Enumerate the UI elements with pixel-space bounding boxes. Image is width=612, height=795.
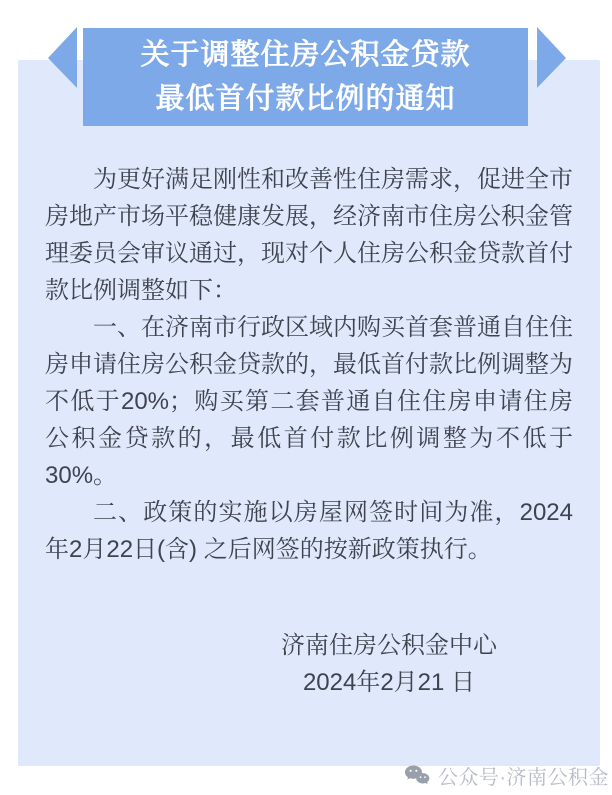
watermark-text: 公众号·济南公积金	[438, 761, 609, 790]
notice-title-line-2: 最低首付款比例的通知	[155, 77, 455, 121]
notice-body: 为更好满足刚性和改善性住房需求，促进全市房地产市场平稳健康发展，经济南市住房公积…	[45, 161, 573, 568]
signature-organization: 济南住房公积金中心	[281, 627, 497, 664]
wechat-icon	[404, 764, 430, 787]
notice-paragraph-item-2: 二、政策的实施以房屋网签时间为准，2024年2月22日(含) 之后网签的按新政策…	[45, 494, 573, 568]
notice-title-banner: 关于调整住房公积金贷款 最低首付款比例的通知	[83, 28, 528, 126]
notice-title-line-1: 关于调整住房公积金贷款	[140, 33, 470, 77]
banner-left-arrow-icon	[48, 27, 77, 88]
notice-page: 关于调整住房公积金贷款 最低首付款比例的通知 为更好满足刚性和改善性住房需求，促…	[0, 0, 612, 795]
notice-signature-block: 济南住房公积金中心 2024年2月21 日	[281, 627, 497, 701]
watermark-footer: 公众号·济南公积金	[404, 762, 609, 788]
notice-paragraph-intro: 为更好满足刚性和改善性住房需求，促进全市房地产市场平稳健康发展，经济南市住房公积…	[45, 161, 573, 309]
notice-paragraph-item-1: 一、在济南市行政区域内购买首套普通自住住房申请住房公积金贷款的，最低首付款比例调…	[45, 309, 573, 494]
banner-right-arrow-icon	[537, 27, 566, 88]
signature-date: 2024年2月21 日	[281, 664, 497, 701]
